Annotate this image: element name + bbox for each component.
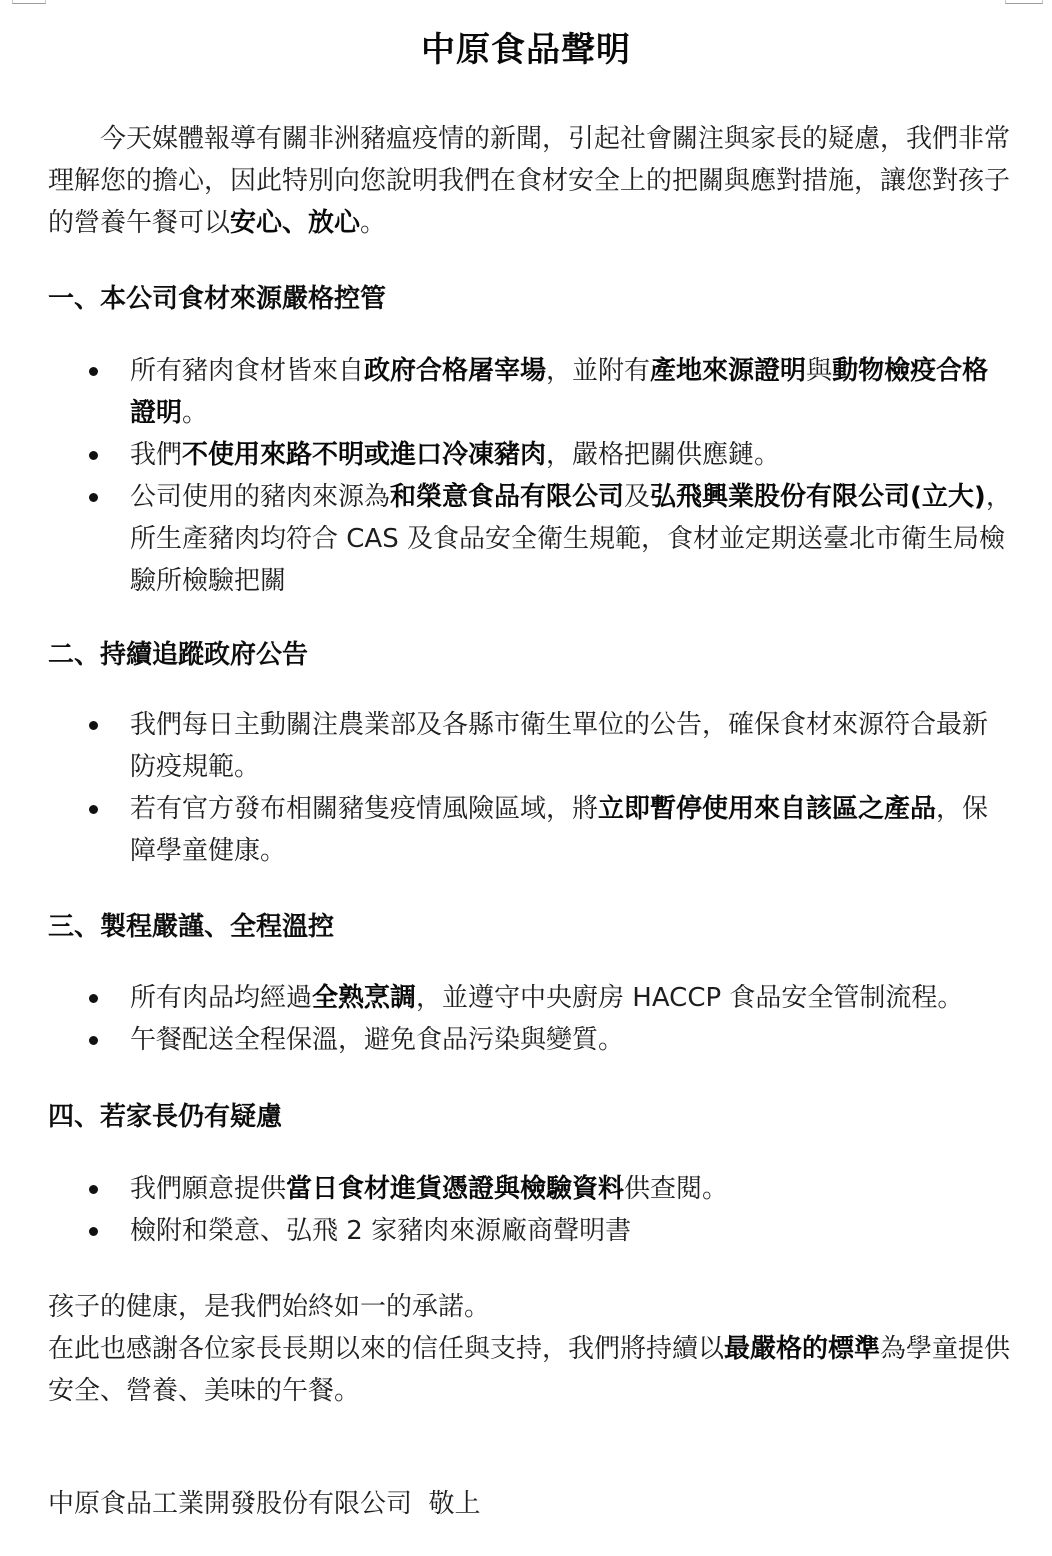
item-text: ，並遵守中央廚房 HACCP 食品安全管制流程。 <box>416 983 963 1013</box>
item-text: 我們願意提供 <box>130 1174 286 1204</box>
item-text: 所有肉品均經過 <box>130 983 312 1013</box>
emphasis-text: 當日食材進貨憑證與檢驗資料 <box>286 1174 624 1204</box>
closing-line-2: 在此也感謝各位家長長期以來的信任與支持，我們將持續以最嚴格的標準為學童提供安全、… <box>48 1328 1013 1412</box>
item-text: 。 <box>182 398 208 428</box>
closing-paragraph: 孩子的健康，是我們始終如一的承諾。 在此也感謝各位家長長期以來的信任與支持，我們… <box>48 1286 1013 1412</box>
section-heading-1: 一、本公司食材來源嚴格控管 <box>48 278 386 315</box>
emphasis-text: 和榮意食品有限公司 <box>390 482 624 512</box>
emphasis-text: 弘飛興業股份有限公司(立大) <box>650 482 986 512</box>
list-item: 我們不使用來路不明或進口冷凍豬肉，嚴格把關供應鏈。 <box>48 434 1013 476</box>
intro-end: 。 <box>360 208 386 238</box>
item-text: 公司使用的豬肉來源為 <box>130 482 390 512</box>
emphasis-text: 全熟烹調 <box>312 983 416 1013</box>
page-crop-mark-right <box>1005 0 1043 4</box>
list-item: 我們願意提供當日食材進貨憑證與檢驗資料供查閱。 <box>48 1168 1013 1210</box>
emphasis-text: 立即暫停使用來自該區之產品 <box>598 794 936 824</box>
item-text: 我們每日主動關注農業部及各縣市衛生單位的公告，確保食材來源符合最新防疫規範。 <box>130 710 988 782</box>
item-text: ，嚴格把關供應鏈。 <box>546 440 780 470</box>
page-crop-mark-left <box>12 0 46 4</box>
list-item: 午餐配送全程保溫，避免食品污染與變質。 <box>48 1019 1013 1061</box>
list-item: 所有肉品均經過全熟烹調，並遵守中央廚房 HACCP 食品安全管制流程。 <box>48 977 1013 1019</box>
list-item: 公司使用的豬肉來源為和榮意食品有限公司及弘飛興業股份有限公司(立大)，所生產豬肉… <box>48 476 1013 602</box>
section-list-4: 我們願意提供當日食材進貨憑證與檢驗資料供查閱。檢附和榮意、弘飛 2 家豬肉來源廠… <box>48 1168 1013 1252</box>
emphasis-text: 不使用來路不明或進口冷凍豬肉 <box>182 440 546 470</box>
section-list-1: 所有豬肉食材皆來自政府合格屠宰場，並附有產地來源證明與動物檢疫合格證明。我們不使… <box>48 350 1013 602</box>
section-list-3: 所有肉品均經過全熟烹調，並遵守中央廚房 HACCP 食品安全管制流程。午餐配送全… <box>48 977 1013 1061</box>
bullet-icon <box>89 1227 98 1236</box>
section-list-2: 我們每日主動關注農業部及各縣市衛生單位的公告，確保食材來源符合最新防疫規範。若有… <box>48 704 1013 872</box>
item-text: 及 <box>624 482 650 512</box>
section-heading-4: 四、若家長仍有疑慮 <box>48 1096 282 1133</box>
intro-text: 今天媒體報導有關非洲豬瘟疫情的新聞，引起社會關注與家長的疑慮，我們非常理解您的擔… <box>48 124 1010 238</box>
document-title: 中原食品聲明 <box>0 22 1052 71</box>
item-text: 若有官方發布相關豬隻疫情風險區域，將 <box>130 794 598 824</box>
section-heading-2: 二、持續追蹤政府公告 <box>48 634 308 671</box>
closing-line-1: 孩子的健康，是我們始終如一的承諾。 <box>48 1286 1013 1328</box>
emphasis-text: 產地來源證明 <box>650 356 806 386</box>
signature-line: 中原食品工業開發股份有限公司 敬上 <box>48 1483 1013 1525</box>
item-text: 檢附和榮意、弘飛 2 家豬肉來源廠商聲明書 <box>130 1216 631 1246</box>
closing-emphasis: 最嚴格的標準 <box>724 1334 880 1364</box>
bullet-icon <box>89 994 98 1003</box>
list-item: 我們每日主動關注農業部及各縣市衛生單位的公告，確保食材來源符合最新防疫規範。 <box>48 704 1013 788</box>
item-text: 所有豬肉食材皆來自 <box>130 356 364 386</box>
bullet-icon <box>89 721 98 730</box>
list-item: 檢附和榮意、弘飛 2 家豬肉來源廠商聲明書 <box>48 1210 1013 1252</box>
section-heading-3: 三、製程嚴謹、全程溫控 <box>48 906 334 943</box>
intro-paragraph: 今天媒體報導有關非洲豬瘟疫情的新聞，引起社會關注與家長的疑慮，我們非常理解您的擔… <box>48 118 1013 244</box>
bullet-icon <box>89 451 98 460</box>
closing-text: 在此也感謝各位家長長期以來的信任與支持，我們將持續以 <box>48 1334 724 1364</box>
bullet-icon <box>89 1185 98 1194</box>
item-text: 供查閱。 <box>624 1174 728 1204</box>
bullet-icon <box>89 367 98 376</box>
bullet-icon <box>89 493 98 502</box>
item-text: 我們 <box>130 440 182 470</box>
item-text: ，並附有 <box>546 356 650 386</box>
item-text: 午餐配送全程保溫，避免食品污染與變質。 <box>130 1025 624 1055</box>
bullet-icon <box>89 805 98 814</box>
emphasis-text: 政府合格屠宰場 <box>364 356 546 386</box>
list-item: 若有官方發布相關豬隻疫情風險區域，將立即暫停使用來自該區之產品，保障學童健康。 <box>48 788 1013 872</box>
bullet-icon <box>89 1036 98 1045</box>
intro-emphasis: 安心、放心 <box>230 208 360 238</box>
list-item: 所有豬肉食材皆來自政府合格屠宰場，並附有產地來源證明與動物檢疫合格證明。 <box>48 350 1013 434</box>
item-text: 與 <box>806 356 832 386</box>
